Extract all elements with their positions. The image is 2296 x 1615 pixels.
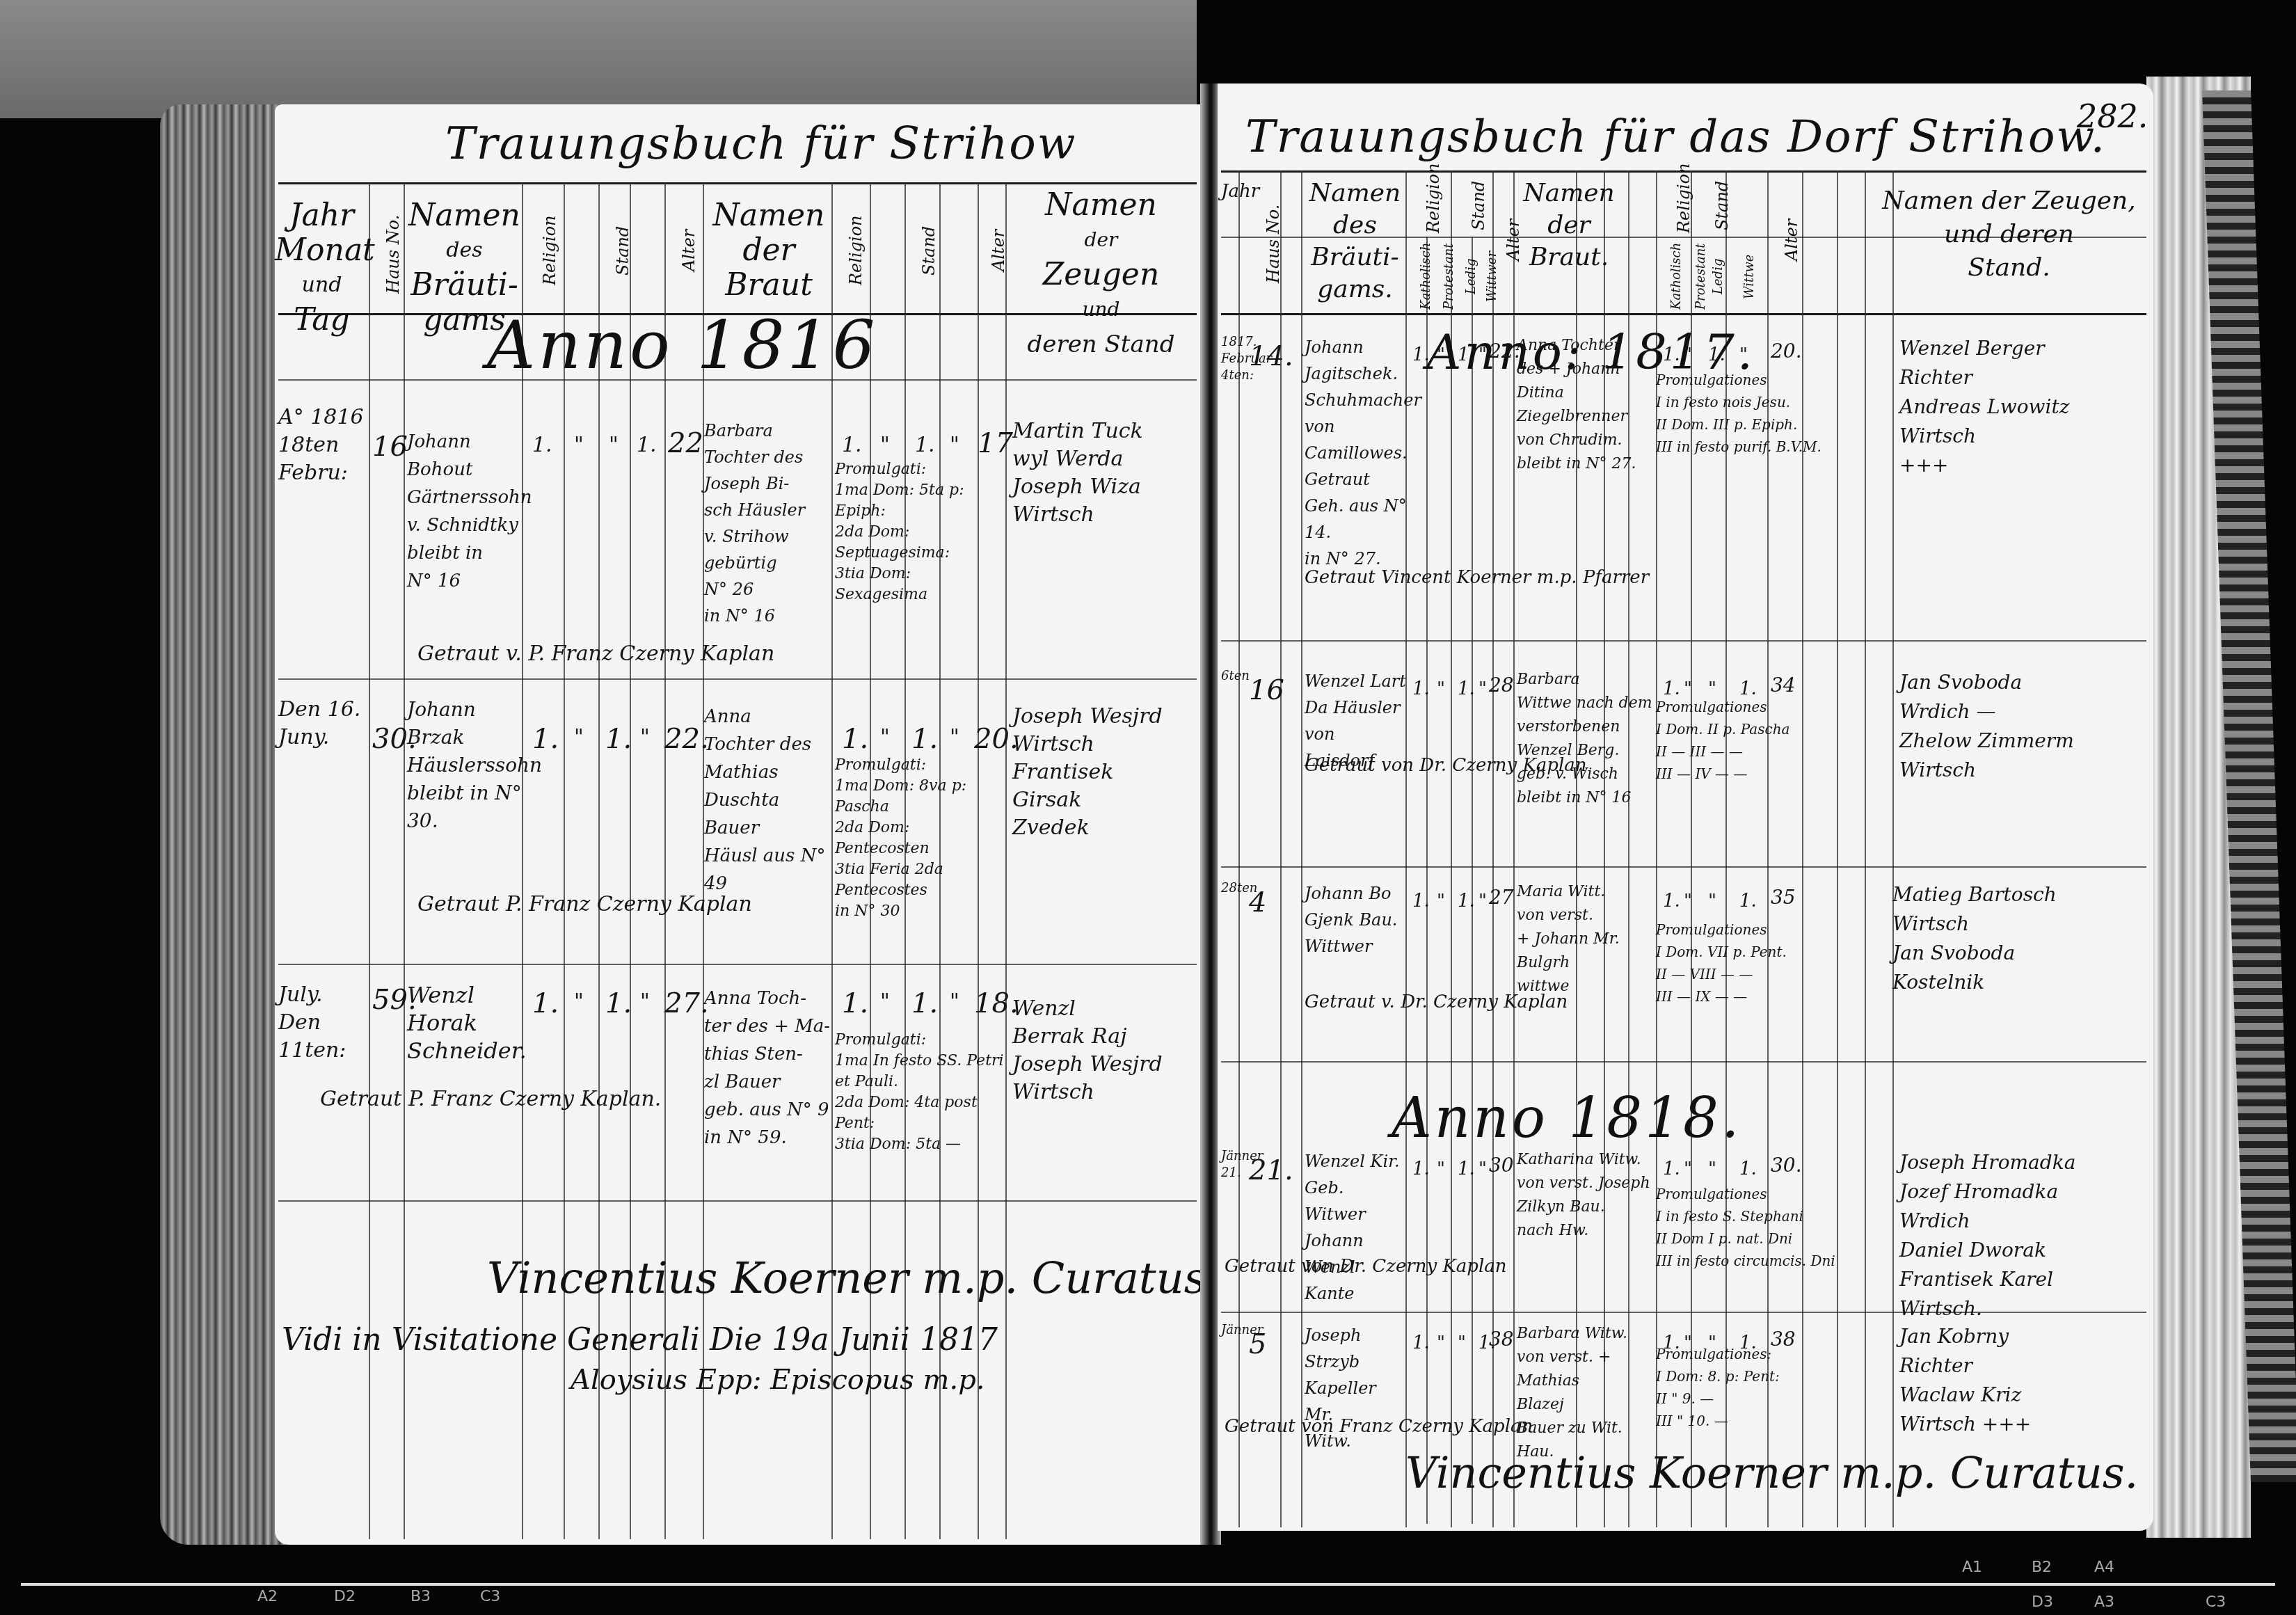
left-header-groom-state: Stand	[605, 195, 640, 306]
entry-bride-mark: 1.	[1739, 1155, 1757, 1183]
header-line: Jahr	[275, 198, 369, 233]
entry-groom-mark: 1.	[1458, 887, 1475, 915]
header-line: Monat	[275, 233, 369, 268]
left-year-heading: Anno 1816	[487, 306, 878, 384]
entry-groom-mark: "	[574, 724, 584, 751]
header-line: Namen	[407, 198, 522, 233]
entry-groom-age: 28	[1489, 671, 1514, 699]
entry-date: 28ten	[1221, 880, 1249, 897]
entry-promulgation: Promulgationes: I Dom: 8. p: Pent: II " …	[1656, 1343, 1865, 1432]
entry-bride-mark: "	[1684, 887, 1692, 915]
right-year-heading-1818: Anno 1818.	[1392, 1085, 1741, 1150]
right-header-bottom-rule	[1221, 313, 2146, 315]
entry-bride: Barbara Witw. von verst. + Mathias Blaze…	[1517, 1322, 1656, 1464]
scan-ruler-label: D3	[2032, 1593, 2053, 1611]
right-header-house-no: Haus No.	[1256, 181, 1291, 306]
entry-bride-mark: "	[950, 431, 959, 459]
entry-witnesses: Wenzel Berger Richter Andreas Lwowitz Wi…	[1899, 334, 2143, 480]
entry-witnesses: Matieg Bartosch Wirtsch Jan Svoboda Kost…	[1892, 880, 2136, 997]
entry-date: Den 16. Juny.	[278, 696, 369, 751]
entry-date: Jänner 21.	[1221, 1148, 1249, 1182]
right-header-date: Jahr	[1221, 181, 1242, 202]
entry-bride-mark: "	[950, 988, 959, 1016]
header-line: und	[1009, 292, 1193, 327]
entry-bride: Barbara Wittwe nach dem verstorbenen Wen…	[1517, 668, 1656, 810]
entry-bride-mark: "	[880, 724, 890, 751]
entry-groom-age: 27.	[664, 988, 709, 1019]
entry-groom: Johann Bohout Gärtnerssohn v. Schnidtky …	[407, 428, 522, 595]
entry-promulgation: Promulgationes I Dom. II p. Pascha II — …	[1656, 696, 1865, 785]
entry-groom-mark: 1.	[1458, 341, 1475, 369]
entry-house-no: 16	[1249, 675, 1284, 706]
entry-groom: Johann Jagitschek. Schuhmacher von Camil…	[1305, 334, 1409, 572]
right-entry-rule-2	[1221, 866, 2146, 868]
entry-bride-mark: 1.	[1708, 341, 1725, 369]
left-header-witnesses: Namen der Zeugen und deren Stand	[1009, 188, 1193, 362]
right-entry-rule-3	[1221, 1061, 2146, 1063]
scan-ruler-label: A2	[257, 1588, 278, 1605]
entry-bride-mark: "	[1708, 1155, 1716, 1183]
entry-date: 1817. Februar 4ten:	[1221, 334, 1249, 384]
header-line: des	[1305, 209, 1405, 241]
entry-bride-mark: 1.	[915, 431, 935, 459]
left-header-groom-age: Alter	[671, 195, 706, 306]
right-header-bride-single: Ledig	[1701, 244, 1736, 310]
left-header-bride: Namen der Braut	[706, 198, 831, 303]
entry-groom-mark: 1.	[532, 431, 552, 459]
entry-groom-mark: 1.	[1458, 1155, 1475, 1183]
entry-bride: Anna Tochter des + Johann Ditina Ziegelb…	[1517, 334, 1656, 476]
entry-bride-age: 35	[1771, 884, 1796, 912]
entry-groom-mark: "	[1437, 887, 1445, 915]
header-line: Braut	[706, 268, 831, 303]
entry-groom-mark: 1.	[1412, 1155, 1430, 1183]
scan-ruler-label: A3	[2094, 1593, 2114, 1611]
right-col-divider	[1472, 237, 1473, 1524]
entry-witnesses: Jan Svoboda Wrdich — Zhelow Zimmerm Wirt…	[1899, 668, 2143, 785]
entry-promulgation: Promulgati: 1ma In festo SS. Petri et Pa…	[835, 1030, 1005, 1155]
header-line: der	[1517, 209, 1621, 241]
entry-bride: Barbara Tochter des Joseph Bi- sch Häusl…	[704, 417, 833, 629]
entry-bride-mark: "	[1708, 887, 1716, 915]
entry-groom-age: 30	[1489, 1152, 1514, 1179]
left-entry-rule-2	[278, 964, 1197, 965]
entry-witnesses: Martin Tuck wyl Werda Joseph Wiza Wirtsc…	[1012, 417, 1197, 529]
entry-date: July. Den 11ten:	[278, 981, 369, 1065]
entry-promulgation: Promulgati: 1ma Dom: 8va p: Pascha 2da D…	[835, 755, 1005, 922]
header-line: Bräuti-	[1305, 241, 1405, 273]
left-entry-rule-1	[278, 678, 1197, 680]
left-header-bride-religion: Religion	[838, 195, 873, 306]
entry-officiant-note: Getraut v. Dr. Czerny Kaplan	[1305, 988, 1568, 1016]
entry-promulgation: Promulgationes I in festo S. Stephani II…	[1656, 1183, 1865, 1272]
header-line: Namen	[1305, 177, 1405, 209]
entry-bride-mark: 1.	[842, 988, 868, 1019]
entry-date: Jänner	[1221, 1322, 1249, 1339]
left-header-bride-state: Stand	[911, 195, 946, 306]
entry-house-no: 21.	[1249, 1155, 1293, 1186]
book-page-edges-left	[160, 104, 285, 1545]
entry-house-no: 16	[372, 431, 408, 462]
header-line: deren Stand	[1009, 327, 1193, 362]
entry-groom-mark: "	[1478, 341, 1487, 369]
right-col-divider	[1280, 170, 1282, 1527]
entry-groom-mark: "	[574, 988, 584, 1016]
entry-promulgation: Promulgationes I Dom. VII p. Pent. II — …	[1656, 918, 1865, 1008]
header-line: Namen	[1009, 188, 1193, 223]
entry-groom-mark: "	[640, 724, 650, 751]
header-line: Braut.	[1517, 241, 1621, 273]
scan-ruler-label: A1	[1962, 1559, 1982, 1576]
entry-bride-mark: 1.	[1663, 341, 1680, 369]
left-entry-rule-3	[278, 1200, 1197, 1202]
header-line: Namen	[706, 198, 831, 233]
scan-ruler	[21, 1583, 2275, 1586]
entry-groom-mark: 1.	[637, 431, 657, 459]
entry-house-no: 14.	[1249, 341, 1293, 372]
header-line: Bräuti-	[407, 268, 522, 303]
entry-bride-mark: 1.	[1739, 887, 1757, 915]
scan-ruler-label: C3	[480, 1588, 500, 1605]
entry-bride-mark: "	[1739, 341, 1748, 369]
entry-date: A° 1816 18ten Febru:	[278, 404, 369, 487]
entry-bride-mark: "	[880, 431, 890, 459]
right-header-bride-age: Alter	[1774, 177, 1809, 303]
entry-groom-mark: "	[574, 431, 584, 459]
header-line: Stand.	[1872, 251, 2146, 285]
right-col-divider	[1865, 170, 1866, 1527]
right-header-groom: Namen des Bräuti- gams.	[1305, 177, 1405, 305]
left-col-divider	[1005, 182, 1007, 1539]
right-header-bride-state: Stand	[1705, 177, 1739, 233]
header-line: Jahr	[1221, 181, 1242, 202]
header-line: gams.	[1305, 273, 1405, 305]
right-col-divider	[1301, 170, 1302, 1527]
entry-groom-mark: "	[1437, 1155, 1445, 1183]
left-curate-signature: Vincentius Koerner m.p. Curatus.	[487, 1252, 1220, 1303]
entry-bride-mark: "	[880, 988, 890, 1016]
entry-groom-age: 22.	[1489, 337, 1520, 365]
scan-ruler-label: A4	[2094, 1559, 2114, 1576]
entry-officiant-note: Getraut von Franz Czerny Kaplan	[1225, 1413, 1533, 1440]
visitation-signature: Aloysius Epp: Episcopus m.p.	[571, 1364, 984, 1396]
entry-promulgation: Promulgati: 1ma Dom: 5ta p: Epiph: 2da D…	[835, 459, 1002, 605]
entry-groom-mark: 1.	[1412, 675, 1430, 703]
entry-groom: Johann Brzak Häuslerssohn bleibt in N° 3…	[407, 696, 525, 835]
entry-groom-mark: 1.	[605, 988, 632, 1019]
header-line: der	[706, 233, 831, 268]
entry-witnesses: Joseph Hromadka Jozef Hromadka Wrdich Da…	[1899, 1148, 2143, 1323]
right-header-groom-religion: Religion	[1416, 177, 1451, 233]
entry-bride-age: 20.	[1771, 337, 1802, 365]
entry-groom-mark: "	[640, 988, 650, 1016]
left-header-date: Jahr Monat und Tag	[275, 198, 369, 337]
entry-bride-mark: "	[950, 724, 959, 751]
entry-officiant-note: Getraut von Dr. Czerny Kaplan	[1305, 751, 1587, 779]
entry-bride: Anna Tochter des Mathias Duschta Bauer H…	[704, 703, 833, 898]
right-entry-rule-1	[1221, 640, 2146, 642]
entry-house-no: 4	[1249, 887, 1266, 918]
entry-officiant-note: Getraut Vincent Koerner m.p. Pfarrer	[1305, 564, 1649, 591]
right-col-divider	[1892, 170, 1894, 1527]
entry-bride: Katharina Witw. von verst. Joseph Zilkyn…	[1517, 1148, 1656, 1243]
entry-groom-mark: 1.	[532, 988, 559, 1019]
entry-witnesses: Joseph Wesjrd Wirtsch Frantisek Girsak Z…	[1012, 703, 1197, 842]
entry-groom-age: 22.	[664, 724, 709, 754]
entry-witnesses: Jan Kobrny Richter Waclaw Kriz Wirtsch +…	[1899, 1322, 2143, 1439]
entry-bride-mark: 1.	[911, 988, 938, 1019]
entry-groom: Wenzl Horak Schneider.	[407, 981, 525, 1065]
scan-backdrop	[0, 0, 1197, 118]
entry-groom-mark: 1.	[1412, 1329, 1430, 1357]
entry-groom-mark: 1.	[605, 724, 632, 754]
entry-bride-age: 30.	[1771, 1152, 1802, 1179]
entry-house-no: 5	[1249, 1329, 1266, 1360]
entry-officiant-note: Getraut v. P. Franz Czerny Kaplan	[417, 640, 1044, 668]
header-line: der	[1009, 223, 1193, 257]
scan-ruler-label: B3	[410, 1588, 431, 1605]
entry-bride: Anna Toch- ter des + Ma- thias Sten- zl …	[704, 985, 833, 1152]
page-number: 282.	[2077, 97, 2148, 135]
scan-ruler-label: C3	[2206, 1593, 2226, 1611]
entry-groom: Wenzel Kir. Geb. Witwer Johann Wenzl Kan…	[1305, 1148, 1409, 1307]
entry-bride: Maria Witt. von verst. + Johann Mr. Bulg…	[1517, 880, 1656, 999]
entry-bride-mark: 1.	[842, 431, 862, 459]
entry-groom-age: 38	[1489, 1326, 1514, 1353]
left-running-title: Trauungsbuch für Strihow	[445, 118, 1077, 170]
right-curate-signature: Vincentius Koerner m.p. Curatus.	[1405, 1447, 2138, 1498]
header-line: Namen der Zeugen,	[1872, 184, 2146, 218]
entry-date: 6ten	[1221, 668, 1249, 685]
entry-bride-mark: 1.	[1663, 1155, 1680, 1183]
entry-bride-mark: 1.	[842, 724, 868, 754]
entry-bride-mark: 1.	[1663, 887, 1680, 915]
left-header-top-rule	[278, 182, 1197, 184]
entry-bride-mark: 1.	[911, 724, 938, 754]
entry-groom-mark: "	[1478, 1155, 1487, 1183]
entry-groom-age: 27	[1489, 884, 1514, 912]
entry-bride-age: 17	[978, 428, 1013, 459]
entry-groom-mark: "	[1437, 1329, 1445, 1357]
entry-groom-mark: "	[1437, 341, 1445, 369]
right-header-witnesses: Namen der Zeugen, und deren Stand.	[1872, 184, 2146, 285]
entry-groom-mark: "	[1437, 675, 1445, 703]
entry-groom-mark: "	[1478, 887, 1487, 915]
header-line: Namen	[1517, 177, 1621, 209]
left-header-house-no: Haus No.	[376, 202, 410, 306]
scan-ruler-label: B2	[2032, 1559, 2052, 1576]
header-line: und deren	[1872, 218, 2146, 251]
visitation-note: Vidi in Visitatione Generali Die 19a Jun…	[282, 1322, 998, 1358]
entry-bride-mark: "	[1684, 1155, 1692, 1183]
right-header-bride-religion: Religion	[1666, 177, 1701, 233]
entry-promulgation: Promulgationes I in festo nois Jesu. II …	[1656, 369, 1865, 458]
entry-officiant-note: Getraut P. Franz Czerny Kaplan	[417, 891, 765, 918]
entry-groom-mark: 1.	[1412, 341, 1430, 369]
entry-groom-mark: "	[1458, 1329, 1466, 1357]
entry-groom-age: 22	[668, 428, 703, 459]
header-line: des	[407, 233, 522, 268]
entry-witnesses: Wenzl Berrak Raj Joseph Wesjrd Wirtsch	[1012, 995, 1197, 1106]
entry-groom-mark: 1.	[532, 724, 559, 754]
entry-groom-mark: "	[609, 431, 619, 459]
entry-officiant-note: Getraut von Dr. Czerny Kaplan	[1225, 1252, 1507, 1280]
entry-groom-mark: "	[1478, 675, 1487, 703]
right-header-bride-widow: Wittwe	[1732, 244, 1767, 310]
entry-officiant-note: Getraut P. Franz Czerny Kaplan.	[320, 1085, 738, 1113]
entry-bride-age: 34	[1771, 671, 1796, 699]
right-running-title: Trauungsbuch für das Dorf Strihow.	[1245, 111, 2106, 163]
header-line: Tag	[275, 303, 369, 337]
left-header-groom-religion: Religion	[532, 195, 567, 306]
right-header-groom-state: Stand	[1461, 177, 1496, 233]
header-line: Zeugen	[1009, 257, 1193, 292]
right-header-bride: Namen der Braut.	[1517, 177, 1621, 273]
entry-groom-mark: 1.	[1458, 675, 1475, 703]
entry-groom-mark: 1.	[1412, 887, 1430, 915]
entry-bride-mark: "	[1684, 341, 1692, 369]
entry-groom: Johann Bo Gjenk Bau. Wittwer	[1305, 880, 1409, 960]
header-line: und	[275, 268, 369, 303]
scan-ruler-label: D2	[334, 1588, 356, 1605]
